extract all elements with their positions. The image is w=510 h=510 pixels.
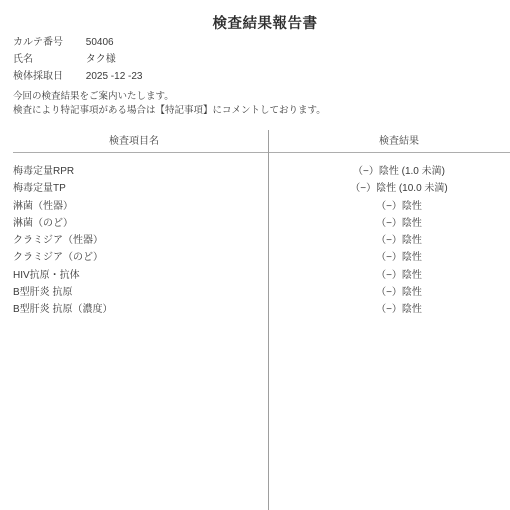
test-result: （−）陰性 <box>268 249 510 266</box>
chart-number-label: カルテ番号 <box>13 34 83 51</box>
test-item-name: HIV抗原・抗体 <box>0 267 268 284</box>
test-item-name: B型肝炎 抗原 <box>0 284 268 301</box>
table-row: 淋菌（のど） （−）陰性 <box>0 215 510 232</box>
table-header-result: 検査結果 <box>268 133 510 150</box>
intro-line-2: 検査により特記事項がある場合は【特記事項】にコメントしております。 <box>13 104 326 118</box>
header-rule <box>13 152 510 153</box>
table-row: B型肝炎 抗原（濃度） （−）陰性 <box>0 301 510 318</box>
test-result: （−）陰性 <box>268 232 510 249</box>
table-row: 梅毒定量TP （−）陰性 (10.0 未満) <box>0 180 510 197</box>
test-result: （−）陰性 <box>268 284 510 301</box>
test-item-name: クラミジア（性器） <box>0 232 268 249</box>
test-item-name: B型肝炎 抗原（濃度） <box>0 301 268 318</box>
test-result: （−）陰性 <box>268 267 510 284</box>
collection-date-label: 検体採取日 <box>13 68 83 85</box>
table-header-item: 検査項目名 <box>0 133 268 150</box>
table-header: 検査項目名 検査結果 <box>0 133 510 150</box>
page-title: 検査結果報告書 <box>0 12 510 33</box>
test-item-name: 淋菌（性器） <box>0 198 268 215</box>
test-result: （−）陰性 (1.0 未満) <box>268 163 510 180</box>
test-result: （−）陰性 <box>268 198 510 215</box>
test-item-name: クラミジア（のど） <box>0 249 268 266</box>
chart-number-value: 50406 <box>86 37 114 48</box>
table-row: クラミジア（性器） （−）陰性 <box>0 232 510 249</box>
table-row: HIV抗原・抗体 （−）陰性 <box>0 267 510 284</box>
patient-info: カルテ番号 50406 氏名 タク様 検体採取日 2025 -12 -23 <box>13 34 143 86</box>
patient-name-value: タク様 <box>86 54 116 65</box>
test-result: （−）陰性 <box>268 301 510 318</box>
intro-line-1: 今回の検査結果をご案内いたします。 <box>13 90 326 104</box>
info-row-chart-number: カルテ番号 50406 <box>13 34 143 51</box>
info-row-collection-date: 検体採取日 2025 -12 -23 <box>13 68 143 85</box>
table-row: 梅毒定量RPR （−）陰性 (1.0 未満) <box>0 163 510 180</box>
test-item-name: 梅毒定量RPR <box>0 163 268 180</box>
collection-date-value: 2025 -12 -23 <box>86 71 143 82</box>
info-row-name: 氏名 タク様 <box>13 51 143 68</box>
results-table: 梅毒定量RPR （−）陰性 (1.0 未満) 梅毒定量TP （−）陰性 (10.… <box>0 163 510 319</box>
table-row: クラミジア（のど） （−）陰性 <box>0 249 510 266</box>
test-item-name: 梅毒定量TP <box>0 180 268 197</box>
test-item-name: 淋菌（のど） <box>0 215 268 232</box>
table-row: B型肝炎 抗原 （−）陰性 <box>0 284 510 301</box>
test-result: （−）陰性 (10.0 未満) <box>268 180 510 197</box>
test-result: （−）陰性 <box>268 215 510 232</box>
intro-text: 今回の検査結果をご案内いたします。 検査により特記事項がある場合は【特記事項】に… <box>13 90 326 118</box>
patient-name-label: 氏名 <box>13 51 83 68</box>
table-row: 淋菌（性器） （−）陰性 <box>0 198 510 215</box>
report-page: 検査結果報告書 カルテ番号 50406 氏名 タク様 検体採取日 2025 -1… <box>0 0 510 510</box>
